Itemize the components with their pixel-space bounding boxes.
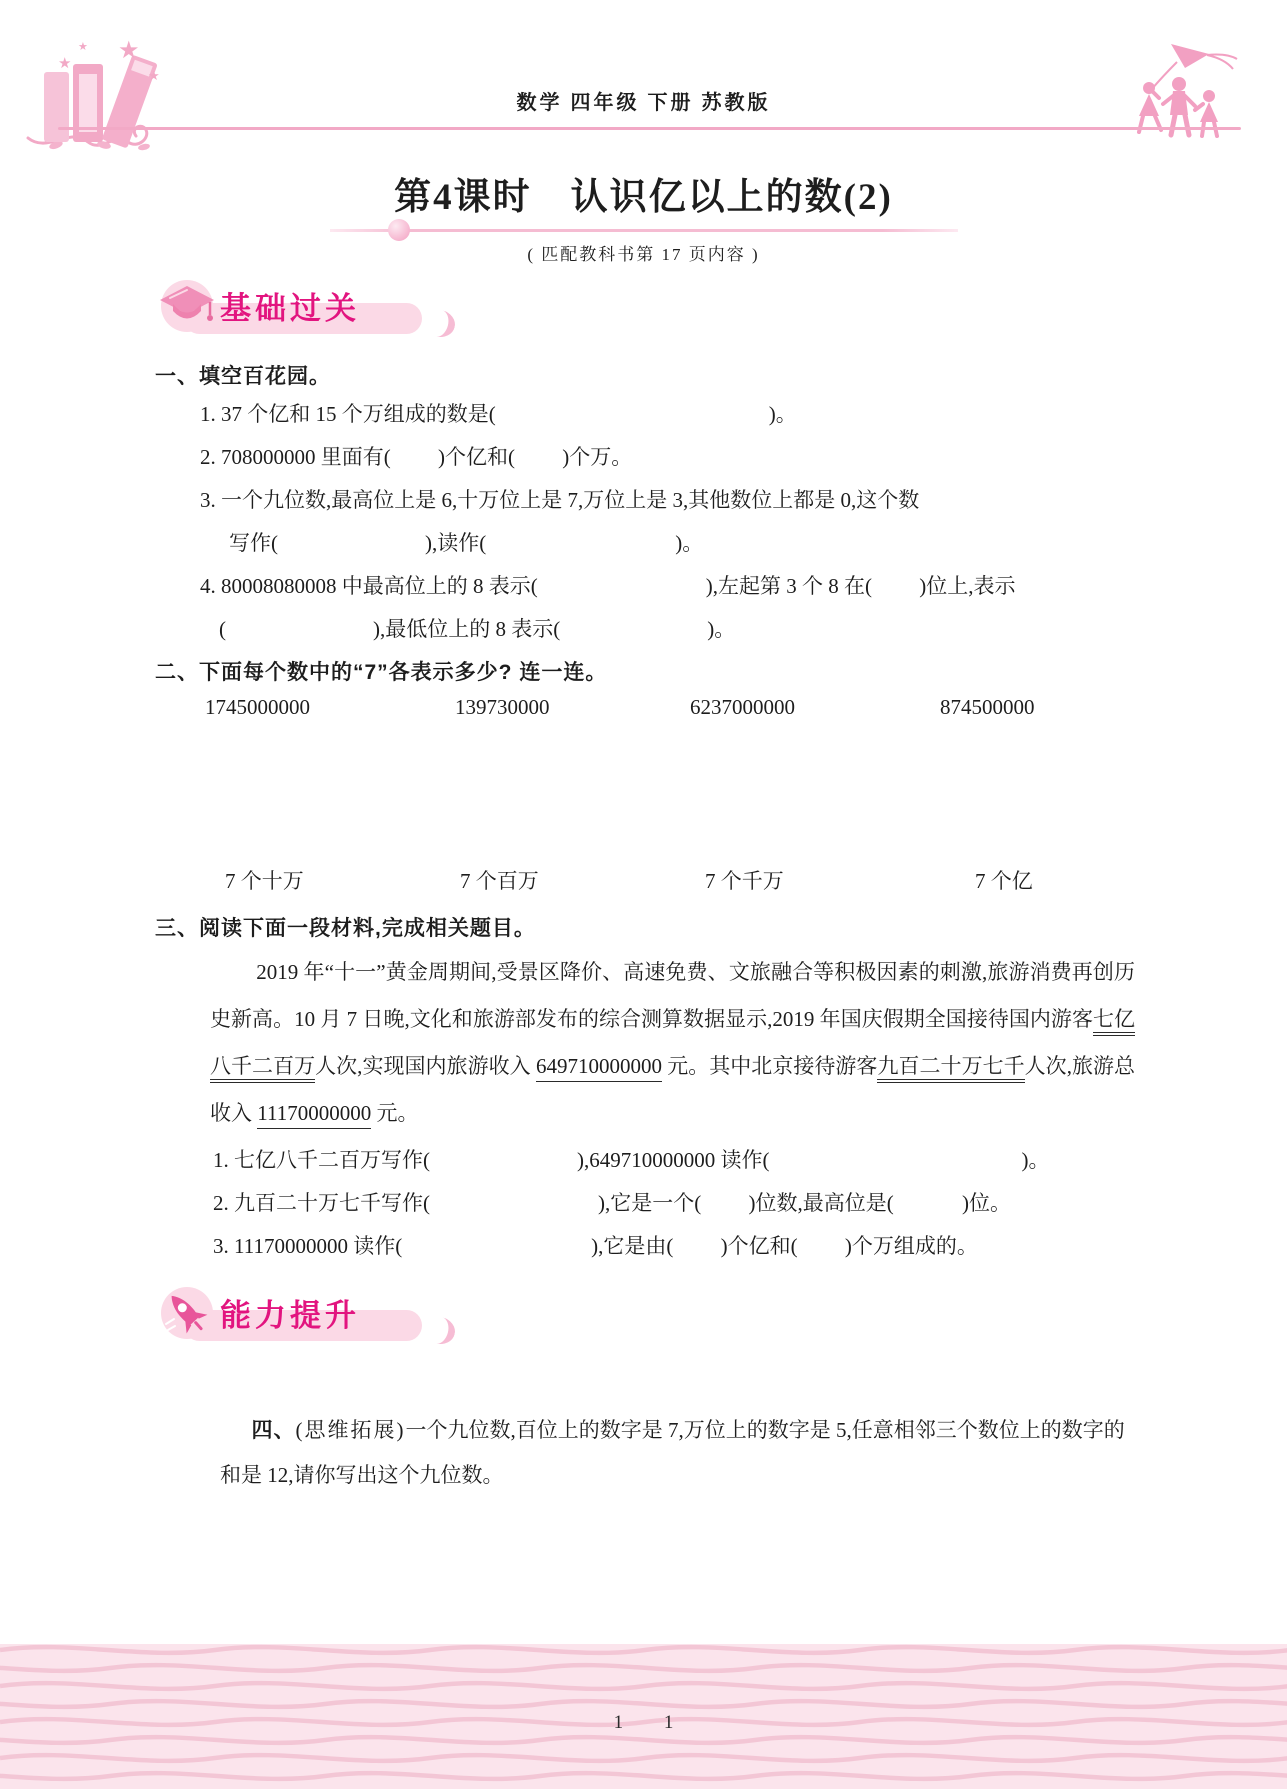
matching-number: 874500000 — [940, 695, 1035, 720]
paragraph-text: 元。 — [371, 1101, 418, 1125]
lesson-subtitle: ( 匹配教科书第 17 页内容 ) — [0, 240, 1287, 265]
section-badge-basic: 基础过关 — [150, 275, 510, 341]
question1-line: 写作( ),读作( )。 — [155, 522, 1130, 565]
star-icon: ★ — [58, 56, 71, 72]
question1-line: 4. 80008080008 中最高位上的 8 表示( ),左起第 3 个 8 … — [155, 565, 1130, 608]
matching-number: 1745000000 — [205, 695, 310, 720]
rocket-icon — [156, 1284, 218, 1342]
question1-line: 3. 一个九位数,最高位上是 6,十万位上是 7,万位上是 3,其他数位上都是 … — [155, 479, 1130, 522]
section-title-basic: 基础过关 — [220, 283, 360, 328]
matching-number: 139730000 — [455, 695, 550, 720]
paragraph-text: 2019 年“十一”黄金周期间,受景区降价、高速免费、文旅融合等积极因素的刺激,… — [210, 960, 1135, 1031]
question4-tag: (思维拓展) — [296, 1418, 406, 1442]
paragraph-text: 元。其中北京接待游客 — [662, 1054, 878, 1078]
question1-line: ( ),最低位上的 8 表示( )。 — [155, 608, 1130, 651]
badge-curl — [429, 309, 458, 341]
question3-heading: 三、阅读下面一段材料,完成相关题目。 — [155, 913, 1130, 945]
question4: 四、(思维拓展)一个九位数,百位上的数字是 7,万位上的数字是 5,任意相邻三个… — [155, 1364, 1130, 1541]
star-icon: ★ — [148, 68, 160, 83]
worksheet-page: ★ ★ ★ ★ 数学 四年级 下册 苏教版 第4课时 认识亿以上的 — [0, 0, 1287, 1789]
matching-answer: 7 个千万 — [705, 865, 784, 895]
title-block: 第4课时 认识亿以上的数(2) ( 匹配教科书第 17 页内容 ) — [0, 166, 1287, 265]
matching-answer: 7 个百万 — [460, 865, 539, 895]
page-number-left: 1 — [614, 1712, 624, 1733]
matching-number: 6237000000 — [690, 695, 795, 720]
matching-answer: 7 个亿 — [975, 865, 1033, 895]
star-icon: ★ — [118, 38, 140, 64]
page-numbers: 1 1 — [0, 1712, 1287, 1734]
page-number-right: 1 — [664, 1712, 674, 1733]
kite-children-decoration-icon — [1079, 38, 1239, 150]
section-badge-advanced: 能力提升 — [150, 1282, 510, 1348]
underlined-phrase: 九百二十万七千 — [877, 1054, 1024, 1083]
graduation-cap-icon — [156, 277, 218, 335]
question4-number: 四、 — [252, 1419, 296, 1442]
question3-line: 1. 七亿八千二百万写作( ),649710000000 读作( )。 — [155, 1139, 1130, 1182]
section-title-advanced: 能力提升 — [220, 1290, 360, 1335]
question3-line: 3. 11170000000 读作( ),它是由( )个亿和( )个万组成的。 — [155, 1225, 1130, 1268]
badge-curl — [429, 1316, 458, 1348]
advanced-body: 四、(思维拓展)一个九位数,百位上的数字是 7,万位上的数字是 5,任意相邻三个… — [0, 1364, 1287, 1541]
question1-heading: 一、填空百花园。 — [155, 361, 1130, 393]
underlined-number: 11170000000 — [257, 1101, 371, 1129]
question2-heading: 二、下面每个数中的“7”各表示多少? 连一连。 — [155, 657, 1130, 689]
worksheet-body: 一、填空百花园。 1. 37 个亿和 15 个万组成的数是( )。 2. 708… — [0, 361, 1287, 1268]
page-header: ★ ★ ★ ★ 数学 四年级 下册 苏教版 — [0, 0, 1287, 150]
title-dot-ornament — [388, 219, 410, 241]
matching-answer: 7 个十万 — [225, 865, 304, 895]
star-icon: ★ — [78, 41, 88, 53]
question1-line: 1. 37 个亿和 15 个万组成的数是( )。 — [155, 393, 1130, 436]
title-underline — [330, 229, 958, 232]
question1-line: 2. 708000000 里面有( )个亿和( )个万。 — [155, 436, 1130, 479]
page-footer: 1 1 — [0, 1644, 1287, 1789]
question3-line: 2. 九百二十万七千写作( ),它是一个( )位数,最高位是( )位。 — [155, 1182, 1130, 1225]
lesson-title: 第4课时 认识亿以上的数(2) — [0, 166, 1287, 220]
matching-draw-area — [155, 733, 1130, 859]
matching-answers-row: 7 个十万 7 个百万 7 个千万 7 个亿 — [155, 859, 1130, 903]
reading-material: 2019 年“十一”黄金周期间,受景区降价、高速免费、文旅融合等积极因素的刺激,… — [210, 949, 1135, 1137]
matching-numbers-row: 1745000000 139730000 6237000000 87450000… — [155, 689, 1130, 733]
header-divider — [58, 127, 1241, 130]
paragraph-text: 人次,实现国内旅游收入 — [315, 1054, 536, 1078]
underlined-number: 649710000000 — [536, 1054, 662, 1082]
